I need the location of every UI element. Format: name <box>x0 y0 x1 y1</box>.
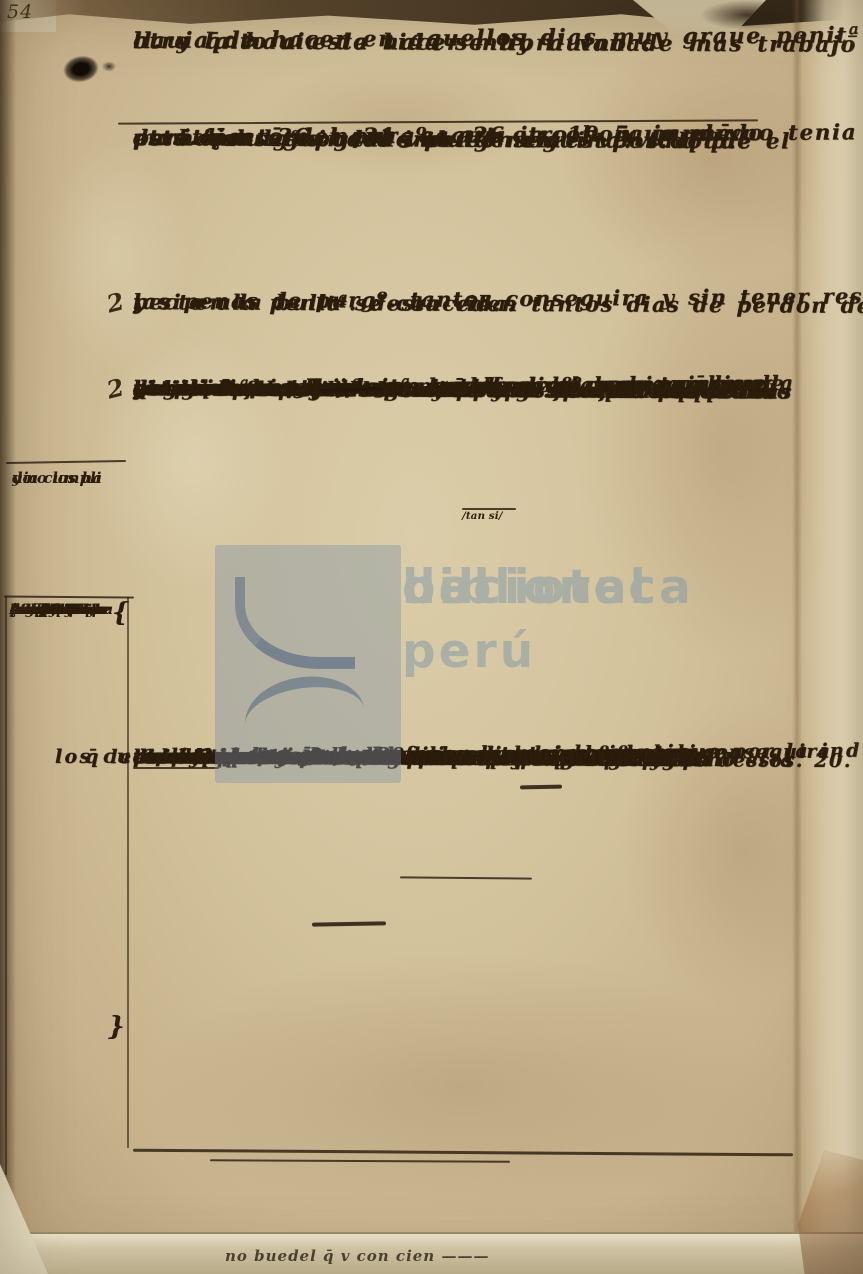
margin-bracket: { <box>112 598 129 628</box>
paper-light-patch <box>40 140 190 370</box>
strikethrough-word <box>520 785 562 790</box>
paragraph-marker: 2 <box>104 286 127 318</box>
long-underline-general-2 <box>210 1159 510 1163</box>
page-edge-right <box>800 0 863 1274</box>
strikethrough-word <box>312 921 386 926</box>
manuscript-line: do. <box>12 466 37 491</box>
margin-divider-rule <box>127 597 129 1148</box>
underline-y-aun-con-tan <box>400 876 532 879</box>
paragraph-marker: 2 <box>104 372 127 404</box>
watermark-line: biblioteca <box>402 556 694 620</box>
binding-shadow-left <box>0 0 16 1274</box>
folio-number: 54 <box>7 1 33 23</box>
margin-note-1-overline <box>6 460 126 464</box>
watermark-line: nacional <box>402 556 649 620</box>
manuscript-page: 54 ll. y q̄nto a esta vida se libra vno … <box>0 0 863 1274</box>
manuscript-line: otro. p̄o tō det. 21. q. art. i. col. 5.… <box>133 119 741 153</box>
underline-hacer <box>462 508 516 510</box>
manuscript-line: pecto ala penitª. desta vida. <box>133 288 516 318</box>
next-page-text-fragment: no buedel q̄ v con cien ——— <box>225 1247 489 1265</box>
watermark-emblem-swirl <box>235 577 355 669</box>
paper-stain <box>150 950 770 1220</box>
page-vignette <box>0 0 863 1274</box>
margin-note-2-left-border <box>5 597 7 1175</box>
margin-bracket: } <box>108 1012 125 1042</box>
interlinear-insertion: /tan si/ <box>462 510 503 522</box>
ink-blot <box>55 48 106 89</box>
ink-blot <box>100 60 118 73</box>
long-underline-general <box>133 1149 793 1157</box>
manuscript-line: otra y no <box>10 600 82 621</box>
manuscript-line: y ansi se cumple en menos tp̄o. f. manu.… <box>133 374 746 405</box>
underline-tambien <box>133 767 219 769</box>
watermark-line: del perú <box>402 556 536 684</box>
next-page-edge: no buedel q̄ v con cien ——— <box>0 1232 863 1274</box>
manuscript-line: otro la hauia de hacer muy liuiana. <box>133 26 652 60</box>
manuscript-line: q̄ le concede. 20. dias de p̄don de peni… <box>85 744 863 776</box>
